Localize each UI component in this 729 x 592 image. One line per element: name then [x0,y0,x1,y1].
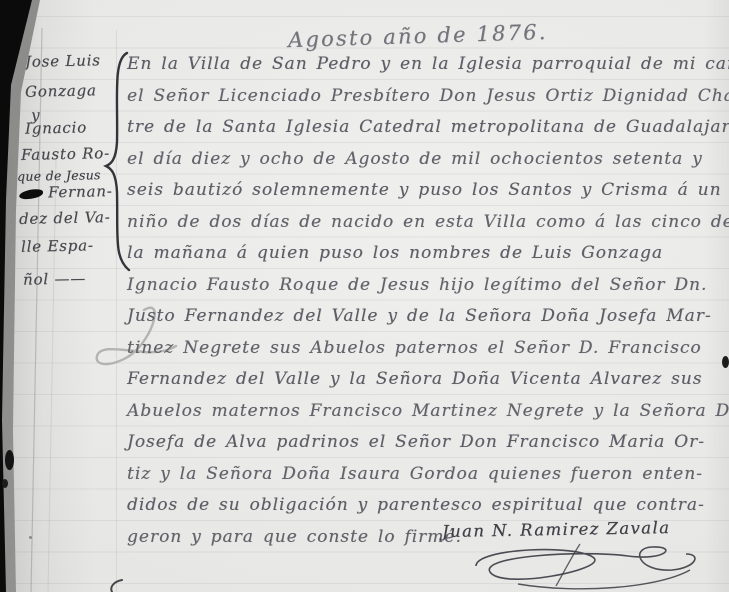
margin-name-line: Ignacio [25,118,87,137]
record-body-line: En la Villa de San Pedro y en la Iglesia… [127,54,725,86]
document-scan: { "scan": { "background_color": "#0b0b0b… [0,0,729,592]
record-body-line: Fernandez del Valle y la Señora Doña Vic… [127,369,725,401]
margin-name-line: ñol —— [23,269,86,288]
ink-bleed-mark [5,450,14,470]
pencil-dot-mark [29,536,32,539]
margin-name-line: Fausto Ro- [21,144,110,164]
record-body-line: tre de la Santa Iglesia Catedral metropo… [127,117,725,149]
record-body-line: el Señor Licenciado Presbítero Don Jesus… [127,86,725,118]
ink-bleed-mark [2,479,8,488]
paper-sheet: Agosto año de 1876. Jose Luis Gonzaga y … [0,0,729,592]
margin-name-line: Gonzaga [25,81,97,100]
scan-scene: Agosto año de 1876. Jose Luis Gonzaga y … [0,0,729,592]
margin-name-line: dez del Va- [19,208,111,228]
record-body-line: Josefa de Alva padrinos el Señor Don Fra… [127,432,725,464]
record-body-line: tiz y la Señora Doña Isaura Gordoa quien… [127,464,725,496]
record-body-line: Abuelos maternos Francisco Martinez Negr… [127,401,725,433]
record-body-line: seis bautizó solemnemente y puso los San… [127,180,725,212]
margin-name-line: Jose Luis [25,51,101,71]
record-body-line: tinez Negrete sus Abuelos paternos el Se… [127,338,725,370]
record-body-line: el día diez y ocho de Agosto de mil ocho… [127,149,725,181]
margin-rule-line [116,30,117,592]
margin-name-line: lle Espa- [21,236,94,256]
record-body-line: la mañana á quien puso los nombres de Lu… [127,243,725,275]
record-body-line: Ignacio Fausto Roque de Jesus hijo legít… [127,275,725,307]
record-body-line: niño de dos días de nacido en esta Villa… [127,212,725,244]
margin-name-text: Fernan- [48,182,113,201]
priest-signature: Juan N. Ramirez Zavala [442,518,671,541]
record-body-text: En la Villa de San Pedro y en la Iglesia… [127,54,725,558]
ink-blot [19,188,44,200]
record-body-line: Justo Fernandez del Valle y de la Señora… [127,306,725,338]
margin-name-line: que de Jesus [17,167,101,184]
ink-bleed-mark [722,356,729,368]
margin-name-line: Fernan- [19,182,113,202]
